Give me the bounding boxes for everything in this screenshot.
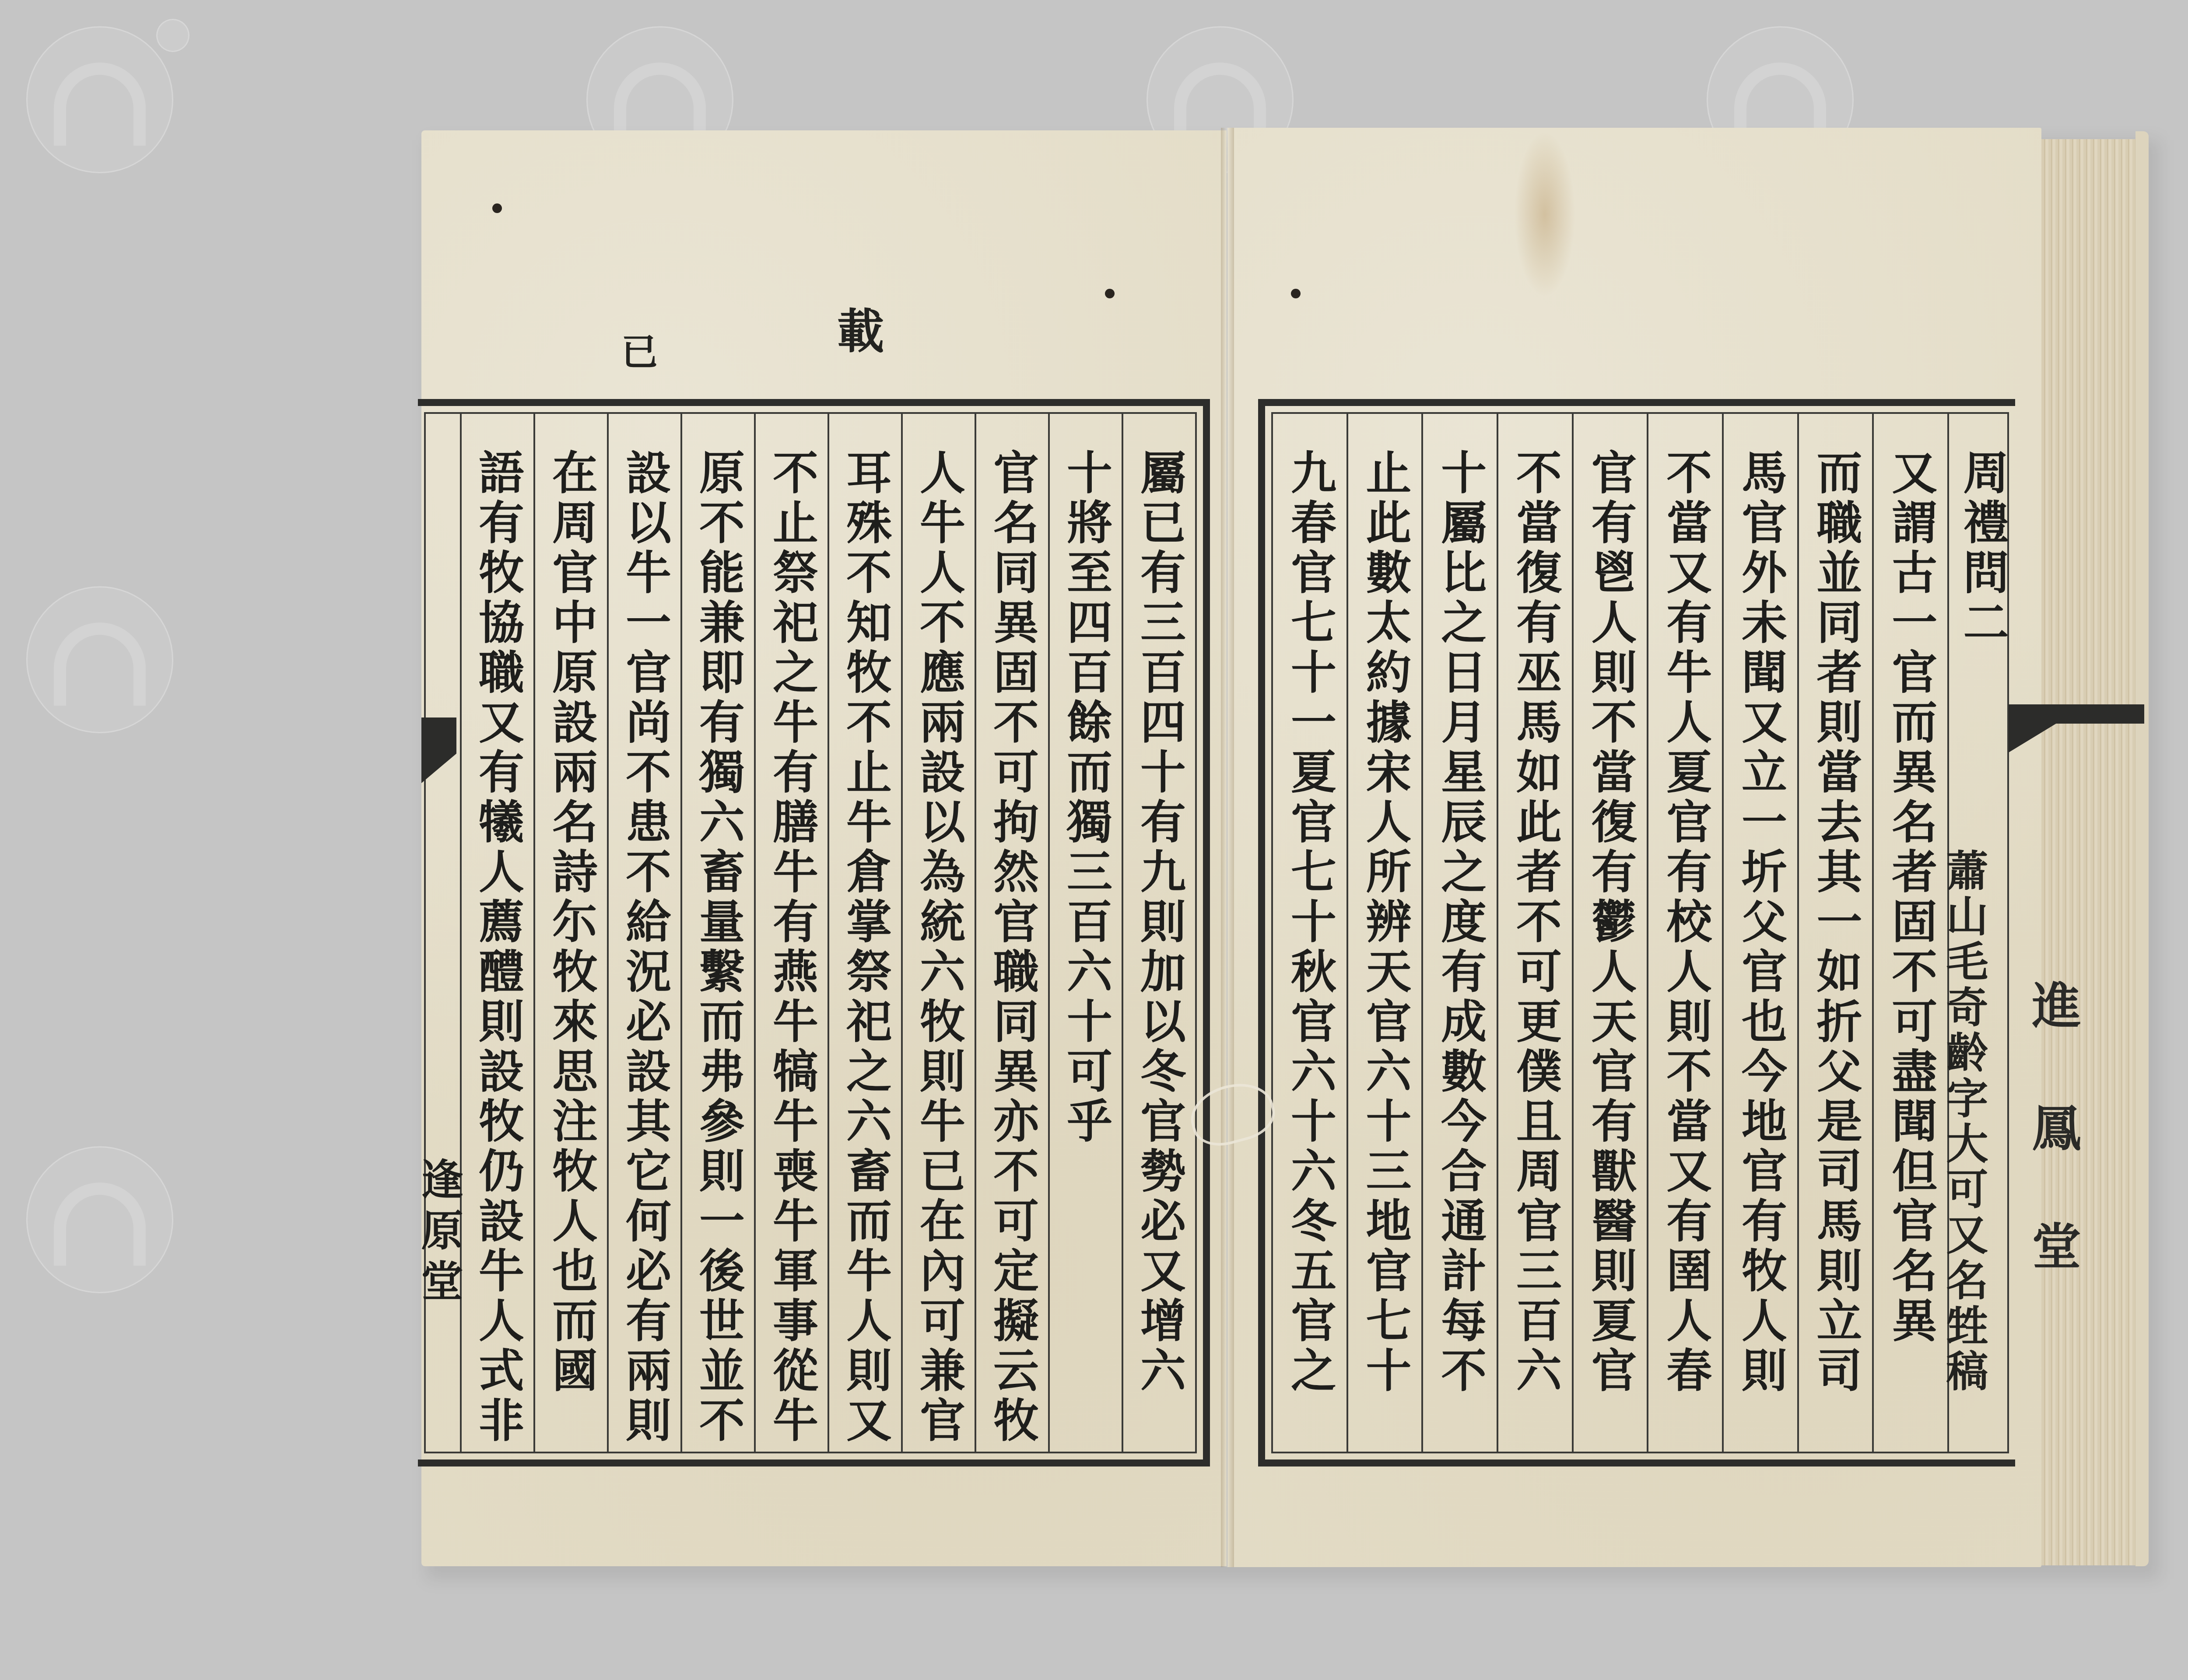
left-text-frame: 屬已有三百四十有九則加以冬官勢必又增六 十將至四百餘而獨三百六十可乎 官名同異固… xyxy=(418,399,1210,1466)
watermark-logo xyxy=(26,586,173,733)
left-header-char-1: 載 xyxy=(823,306,891,353)
book-fore-edge xyxy=(2041,139,2146,1565)
column-text: 止此數太約據宋人所辨天官六十三地官七十 xyxy=(1362,449,1408,1452)
right-column: 十屬比之日月星辰之度有成數今合通計每不 xyxy=(1421,414,1497,1452)
right-column: 止此數太約據宋人所辨天官六十三地官七十 xyxy=(1346,414,1422,1452)
ink-dot xyxy=(492,203,502,213)
column-text: 耳殊不知牧不止牛倉掌祭祀之六畜而牛人則又 xyxy=(842,449,888,1452)
left-column: 十將至四百餘而獨三百六十可乎 xyxy=(1048,414,1122,1452)
nishogakusha-logo-icon xyxy=(54,623,146,706)
right-column: 九春官七十一夏官七十秋官六十六冬五官之 xyxy=(1273,414,1346,1452)
fore-edge-stamp-3: 堂 xyxy=(2017,1221,2088,1287)
book-cover-edge xyxy=(2135,131,2149,1566)
column-text: 十屬比之日月星辰之度有成數今合通計每不 xyxy=(1437,449,1483,1452)
left-header-char-2: 已 xyxy=(610,332,663,369)
column-text: 不當又有牛人夏官有校人則不當又有圉人春 xyxy=(1662,449,1708,1452)
left-column: 語有牧協職又有犧人薦醴則設牧仍設牛人式非 xyxy=(460,414,533,1452)
column-text: 馬官外未聞又立一圻父官也今地官有牧人則 xyxy=(1738,449,1783,1452)
right-column: 官有鬯人則不當復有鬱人天官有獸醫則夏官 xyxy=(1572,414,1647,1452)
left-column: 耳殊不知牧不止牛倉掌祭祀之六畜而牛人則又 xyxy=(828,414,901,1452)
column-text: 原不能兼即有獨六畜量繫而弗參則一後世並不 xyxy=(695,449,741,1452)
column-text: 九春官七十一夏官七十秋官六十六冬五官之 xyxy=(1287,449,1332,1452)
column-text: 十將至四百餘而獨三百六十可乎 xyxy=(1063,449,1108,1452)
column-text: 語有牧協職又有犧人薦醴則設牧仍設牛人式非 xyxy=(475,449,520,1452)
column-text: 而職並同者則當去其一如折父是司馬則立司 xyxy=(1813,449,1858,1452)
right-column: 而職並同者則當去其一如折父是司馬則立司 xyxy=(1797,414,1872,1452)
author-line: 蕭山毛奇齡字大可又名甡稿 xyxy=(1934,849,1994,1395)
right-column: 不當又有牛人夏官有校人則不當又有圉人春 xyxy=(1647,414,1722,1452)
column-text: 人牛人不應兩設以為統六牧則牛已在內可兼官 xyxy=(916,449,961,1452)
right-text-frame: 周禮問二 又謂古一官而異名者固不可盡聞但官名異 而職並同者則當去其一如折父是司馬… xyxy=(1258,399,2015,1466)
column-text: 官有鬯人則不當復有鬱人天官有獸醫則夏官 xyxy=(1588,449,1633,1452)
publisher-label: 逢原堂 xyxy=(418,1158,460,1452)
nishogakusha-logo-icon xyxy=(54,63,146,146)
column-text: 設以牛一官尚不患不給況必設其它何必有兩則 xyxy=(622,449,667,1452)
fore-edge-stamp-2: 鳳 xyxy=(2017,1102,2088,1169)
left-column: 在周官中原設兩名詩尓牧來思注牧人也而國 xyxy=(533,414,607,1452)
watermark-logo xyxy=(26,1146,173,1293)
paper-stain xyxy=(1514,131,1575,297)
left-column: 官名同異固不可拘然官職同異亦不可定擬云牧 xyxy=(975,414,1048,1452)
column-text: 不止祭祀之牛有膳牛有燕牛犒牛喪牛軍事從牛 xyxy=(769,449,814,1452)
column-text: 官名同異固不可拘然官職同異亦不可定擬云牧 xyxy=(989,449,1035,1452)
left-margin-column: 逢原堂 xyxy=(418,414,460,1452)
book-gutter xyxy=(1221,128,1234,1567)
ink-dot xyxy=(1291,289,1301,298)
left-column: 設以牛一官尚不患不給況必設其它何必有兩則 xyxy=(607,414,680,1452)
logo-dot-icon xyxy=(156,19,189,52)
left-columns: 屬已有三百四十有九則加以冬官勢必又增六 十將至四百餘而獨三百六十可乎 官名同異固… xyxy=(418,414,1195,1452)
fore-edge-stamp-1: 進 xyxy=(2017,980,2088,1046)
column-text: 又謂古一官而異名者固不可盡聞但官名異 xyxy=(1888,449,1933,1452)
right-columns: 周禮問二 又謂古一官而異名者固不可盡聞但官名異 而職並同者則當去其一如折父是司馬… xyxy=(1273,414,2015,1452)
right-column: 馬官外未聞又立一圻父官也今地官有牧人則 xyxy=(1722,414,1797,1452)
left-column: 人牛人不應兩設以為統六牧則牛已在內可兼官 xyxy=(901,414,975,1452)
left-column: 屬已有三百四十有九則加以冬官勢必又增六 xyxy=(1122,414,1195,1452)
nishogakusha-logo-icon xyxy=(54,1183,146,1266)
right-column: 不當復有巫馬如此者不可更僕且周官三百六 xyxy=(1497,414,1572,1452)
column-text: 在周官中原設兩名詩尓牧來思注牧人也而國 xyxy=(548,449,594,1452)
watermark-logo xyxy=(26,26,173,173)
left-column: 原不能兼即有獨六畜量繫而弗參則一後世並不 xyxy=(680,414,754,1452)
column-text: 不當復有巫馬如此者不可更僕且周官三百六 xyxy=(1512,449,1558,1452)
column-text: 屬已有三百四十有九則加以冬官勢必又增六 xyxy=(1136,449,1182,1452)
ink-dot xyxy=(1105,289,1115,298)
left-column: 不止祭祀之牛有膳牛有燕牛犒牛喪牛軍事從牛 xyxy=(754,414,828,1452)
